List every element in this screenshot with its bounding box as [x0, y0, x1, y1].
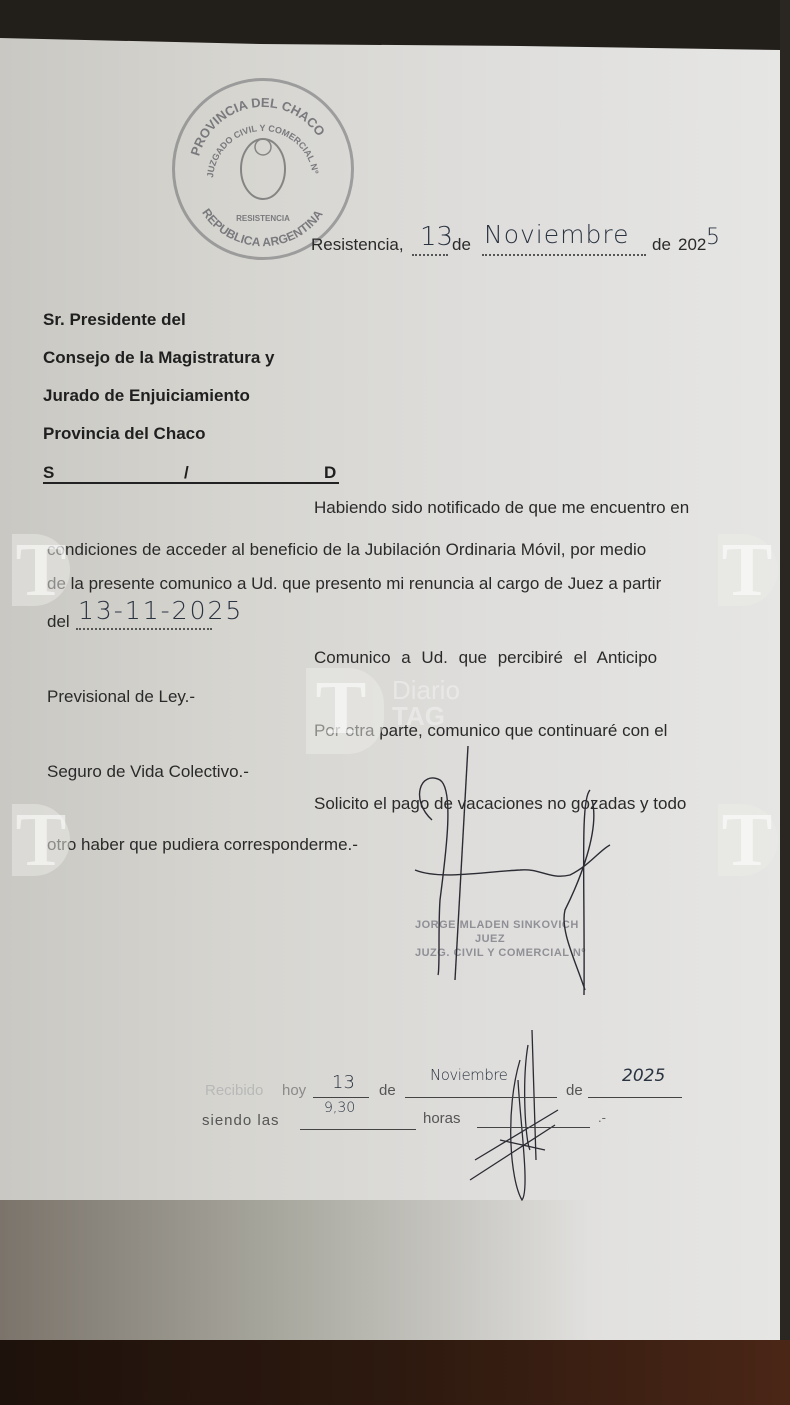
signature-icon	[0, 0, 790, 1405]
receipt-handwritten-year: 2025	[622, 1066, 665, 1086]
receipt-time-line	[300, 1129, 416, 1130]
receipt-handwritten-month: Noviembre	[430, 1066, 507, 1084]
receipt-handwritten-day: 13	[332, 1072, 355, 1093]
receipt-month-line	[405, 1097, 557, 1098]
receipt-horas-label: horas	[423, 1110, 461, 1127]
receipt-end-mark: .-	[598, 1110, 606, 1125]
receipt-signature-line	[477, 1127, 590, 1128]
receipt-day-line	[313, 1097, 369, 1098]
receipt-siendo-label: siendo las	[202, 1112, 280, 1129]
receipt-year-line	[588, 1097, 682, 1098]
receipt-faded-prefix: Recibido	[205, 1082, 263, 1099]
receipt-de-2: de	[566, 1082, 583, 1099]
receipt-de-1: de	[379, 1082, 396, 1099]
receipt-handwritten-time: 9,30	[324, 1100, 355, 1116]
receipt-hoy-label: hoy	[282, 1082, 306, 1099]
